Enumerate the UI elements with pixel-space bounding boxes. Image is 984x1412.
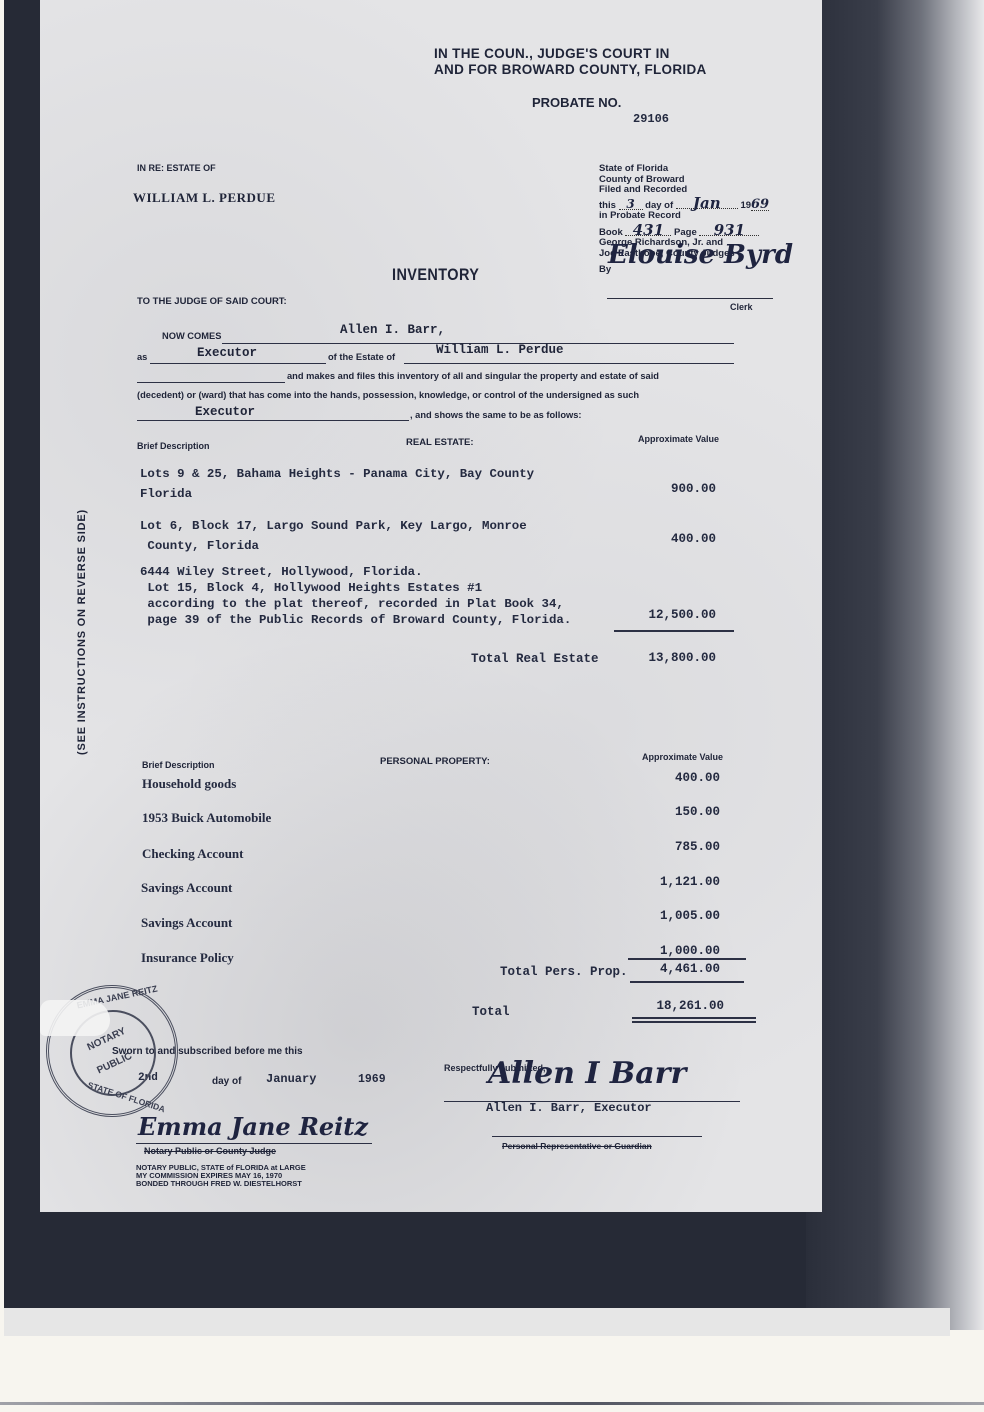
re-total: 13,800.00 [596,651,716,665]
real-estate-desc-line: Lot 6, Block 17, Largo Sound Park, Key L… [140,516,527,536]
re-total-label: Total Real Estate [471,652,599,666]
clerk-signature-line [607,298,773,299]
notary-month: January [266,1072,316,1086]
as-label: as [137,352,147,362]
capacity-line [150,363,326,364]
real-estate-value: 900.00 [596,482,716,496]
scan-artifact-line [0,1402,984,1405]
grand-total-rule-1 [632,1017,756,1019]
personal-property-value: 1,005.00 [600,909,720,923]
estate-of-label: of the Estate of [328,352,395,362]
real-estate-value: 400.00 [596,532,716,546]
notary-signature: Emma Jane Reitz [138,1112,368,1141]
re-section-title: REAL ESTATE: [406,437,474,448]
page-number: 931 [699,225,759,237]
probate-number: 29106 [633,112,669,126]
court-header-line-1: IN THE COUN., JUDGE'S COURT IN [434,46,707,62]
stamp-date-line: this 3 day of Jan 1969 [599,198,769,212]
inventory-form: IN THE COUN., JUDGE'S COURT IN AND FOR B… [40,0,822,1212]
real-estate-desc-line: Lot 15, Block 4, Hollywood Heights Estat… [140,580,571,596]
real-estate-desc-line: page 39 of the Public Records of Broward… [140,612,571,628]
real-estate-desc: 6444 Wiley Street, Hollywood, Florida. L… [140,564,571,628]
book-label: Book [599,227,623,238]
personal-property-desc: Household goods [142,776,236,792]
real-estate-desc-line: Lots 9 & 25, Bahama Heights - Panama Cit… [140,464,534,484]
notary-day-of: day of [212,1076,241,1087]
notary-signature-line [136,1143,372,1144]
pp-col-desc: Brief Description [142,760,215,770]
body-line-1: and makes and files this inventory of al… [287,371,659,381]
real-estate-desc-line: according to the plat thereof, recorded … [140,596,571,612]
pp-subtotal-rule [628,958,746,960]
record-label: in Probate Record [599,211,769,222]
personal-property-value: 1,000.00 [600,944,720,958]
grand-total-rule-2 [632,1021,756,1023]
commission-line-3: BONDED THROUGH FRED W. DIESTELHORST [136,1180,306,1188]
real-estate-desc: Lot 6, Block 17, Largo Sound Park, Key L… [140,516,527,556]
court-header-line-2: AND FOR BROWARD COUNTY, FLORIDA [434,62,707,78]
document-title: INVENTORY [392,265,479,285]
re-subtotal-rule [614,630,734,632]
real-estate-desc-line: Florida [140,484,534,504]
probate-label: PROBATE NO. [532,95,621,110]
capacity: Executor [197,346,257,360]
book-page-line: Book 431 Page 931 [599,225,769,239]
real-estate-desc: Lots 9 & 25, Bahama Heights - Panama Cit… [140,464,534,504]
body-line-3: , and shows the same to be as follows: [410,410,582,420]
rep-label: Personal Representative or Guardian [502,1141,652,1151]
now-comes-label: NOW COMES [162,331,221,341]
signer-line: Allen I. Barr, Executor [486,1101,652,1115]
scan-shadow-right [806,0,984,1330]
pp-total: 4,461.00 [600,962,720,976]
personal-property-desc: Insurance Policy [141,950,234,966]
clerk-label: Clerk [730,302,753,312]
stamp-line-3: Filed and Recorded [599,185,769,196]
personal-property-desc: Checking Account [142,846,243,862]
clerk-signature: Elouise Byrd [608,240,793,270]
real-estate-value: 12,500.00 [596,608,716,622]
capacity-2-line [137,420,409,421]
in-re-label: IN RE: ESTATE OF [137,163,216,173]
real-estate-desc-line: County, Florida [140,536,527,556]
personal-property-value: 400.00 [600,771,720,785]
personal-property-value: 1,121.00 [600,875,720,889]
side-instructions: (SEE INSTRUCTIONS ON REVERSE SIDE) [76,509,88,755]
body-line-2: (decedent) or (ward) that has come into … [137,390,639,400]
personal-property-value: 150.00 [600,805,720,819]
capacity-2: Executor [195,405,255,419]
filing-month: Jan [676,198,738,210]
estate-of-line [404,363,734,364]
notary-year: 1969 [358,1073,386,1086]
pp-section-title: PERSONAL PROPERTY: [380,756,490,767]
page-label: Page [674,227,697,238]
filing-day: 3 [619,199,643,211]
re-col-desc: Brief Description [137,441,210,451]
notary-title: Notary Public or County Judge [144,1146,276,1156]
scan-edge-bottom [4,1308,950,1336]
stamp-line-1: State of Florida [599,164,769,175]
personal-property-value: 785.00 [600,840,720,854]
re-col-value: Approximate Value [638,434,719,444]
day-of-label: day of [645,200,673,211]
real-estate-desc-line: 6444 Wiley Street, Hollywood, Florida. [140,564,571,580]
filing-year: 69 [751,200,769,212]
year-prefix: 19 [740,200,751,211]
to-judge: TO THE JUDGE OF SAID COURT: [137,296,287,307]
torn-paper-spot [40,1000,110,1036]
notary-commission: NOTARY PUBLIC, STATE of FLORIDA at LARGE… [136,1164,306,1188]
blank-line [137,382,285,383]
pp-total-rule [630,981,744,983]
court-header: IN THE COUN., JUDGE'S COURT IN AND FOR B… [434,46,707,78]
personal-property-desc: 1953 Buick Automobile [142,810,271,826]
executor-signature: Allen I Barr [488,1056,686,1091]
pp-col-value: Approximate Value [642,752,723,762]
this-label: this [599,200,616,211]
representative-name: Allen I. Barr, [340,323,445,337]
decedent-name: WILLIAM L. PERDUE [133,190,276,206]
grand-total-label: Total [472,1005,510,1019]
personal-property-desc: Savings Account [141,915,232,931]
personal-property-desc: Savings Account [141,880,232,896]
rep-signature-line [492,1136,702,1137]
estate-name: William L. Perdue [436,343,564,357]
grand-total: 18,261.00 [604,999,724,1013]
book-number: 431 [625,225,671,237]
